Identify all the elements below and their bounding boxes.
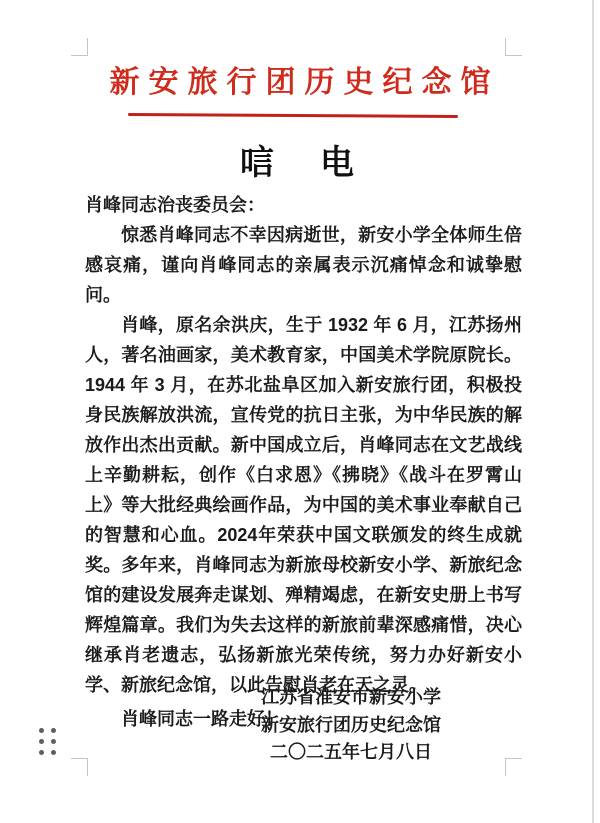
page-edge-line [592, 0, 594, 823]
drag-handle-dot [39, 750, 44, 755]
signature-line: 新安旅行团历史纪念馆 [256, 712, 446, 740]
letterhead-org-name: 新安旅行团历史纪念馆 [0, 64, 600, 102]
crop-mark-bottom-right [505, 758, 522, 776]
crop-mark-top-left [71, 38, 88, 56]
body-paragraph: 肖峰，原名余洪庆，生于 1932 年 6 月，江苏扬州人，著名油画家，美术教育家… [85, 310, 522, 700]
drag-handle-dot [51, 750, 56, 755]
document-page: 新安旅行团历史纪念馆 唁 电 肖峰同志治丧委员会： 惊悉肖峰同志不幸因病逝世，新… [0, 0, 600, 823]
drag-handle-dot [51, 739, 56, 744]
letterhead-rule [128, 113, 458, 118]
crop-mark-top-right [505, 38, 522, 56]
signature-line: 江苏省淮安市新安小学 [256, 684, 446, 712]
crop-mark-bottom-left [71, 758, 88, 776]
drag-handle-dot [39, 739, 44, 744]
drag-handle-dot [51, 728, 56, 733]
drag-handle[interactable] [39, 728, 56, 755]
signature-block: 江苏省淮安市新安小学 新安旅行团历史纪念馆 二〇二五年七月八日 [256, 684, 446, 767]
salutation: 肖峰同志治丧委员会： [85, 190, 522, 220]
signature-date: 二〇二五年七月八日 [256, 739, 446, 767]
document-body: 肖峰同志治丧委员会： 惊悉肖峰同志不幸因病逝世，新安小学全体师生倍感哀痛，谨向肖… [85, 190, 522, 734]
drag-handle-dot [39, 728, 44, 733]
page-title: 唁 电 [0, 142, 600, 184]
body-paragraph: 惊悉肖峰同志不幸因病逝世，新安小学全体师生倍感哀痛，谨向肖峰同志的亲属表示沉痛悼… [85, 220, 522, 310]
